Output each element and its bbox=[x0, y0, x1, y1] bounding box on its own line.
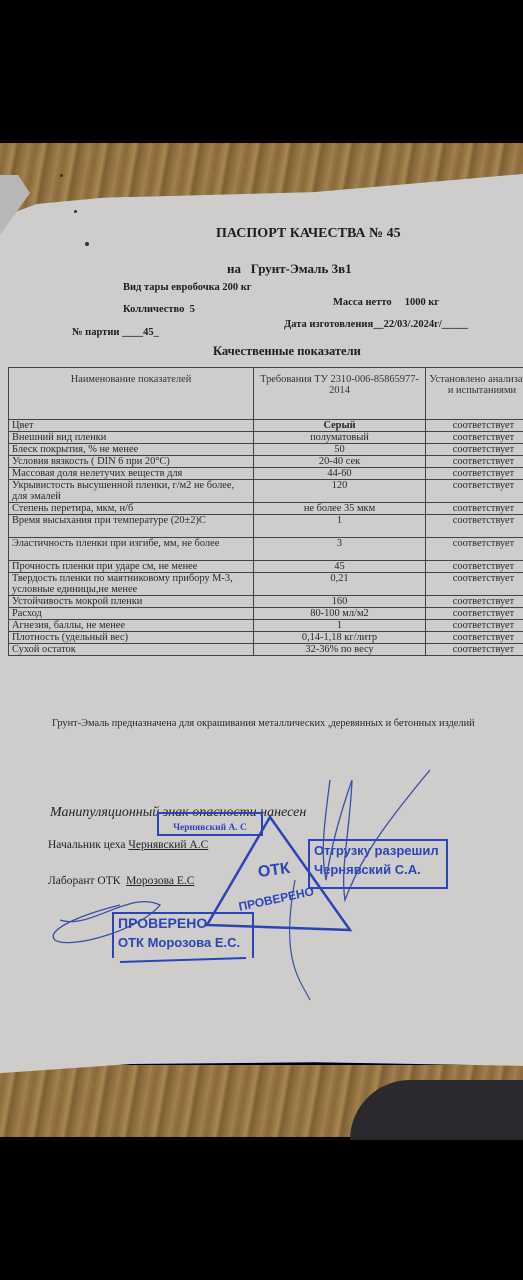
ink-marks bbox=[0, 0, 523, 1280]
